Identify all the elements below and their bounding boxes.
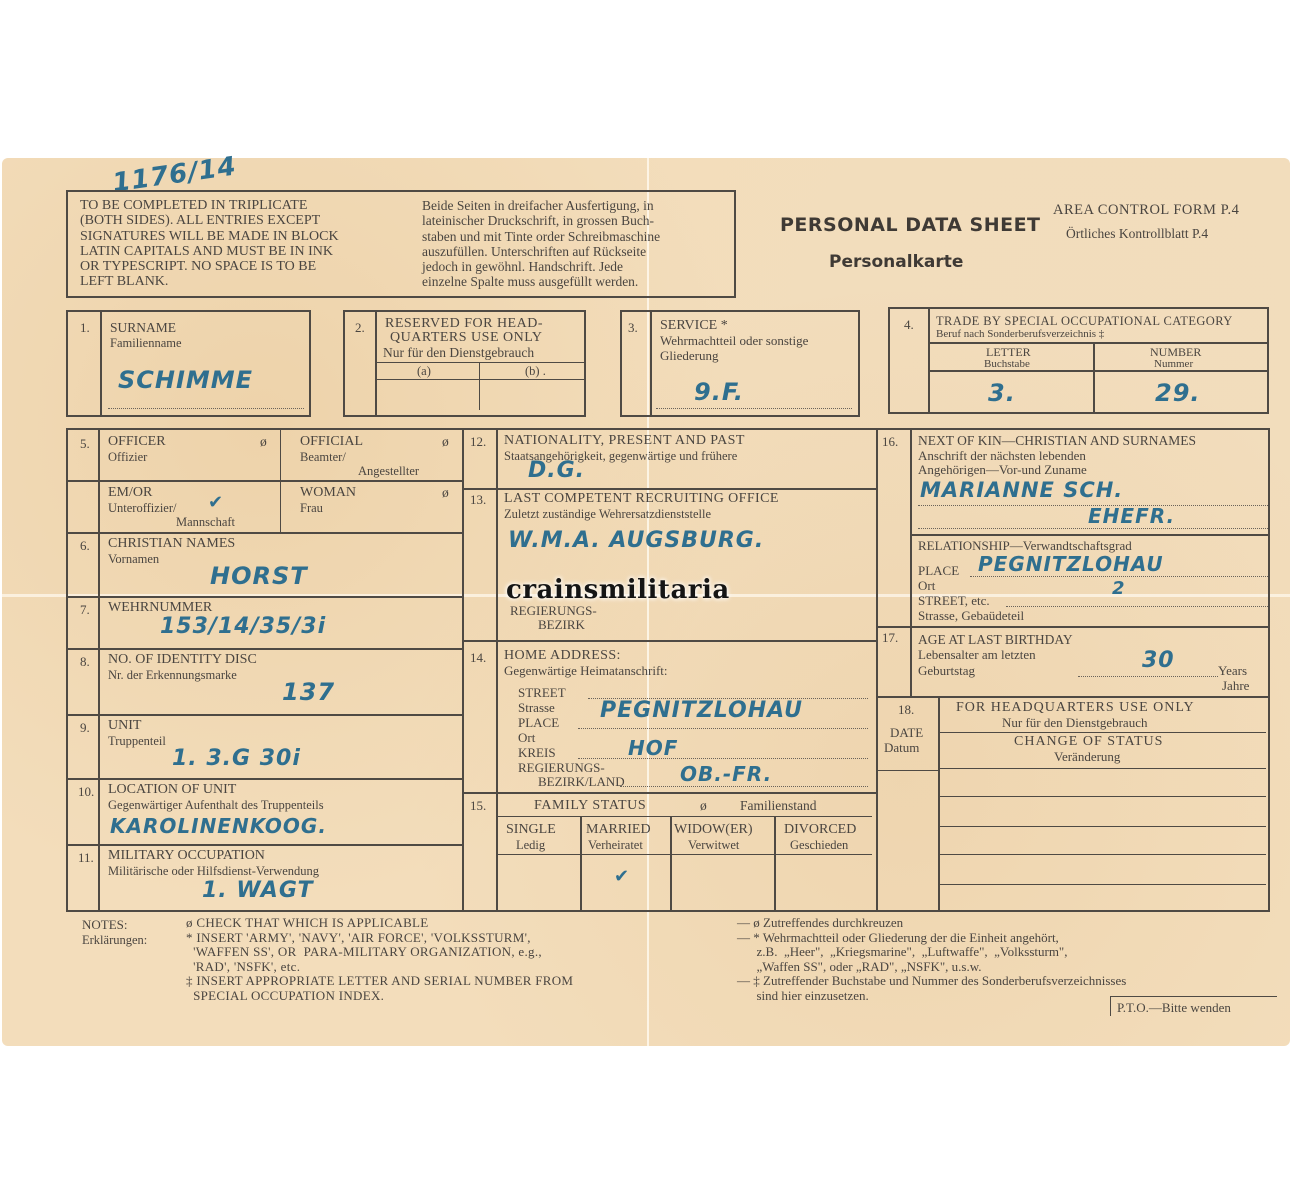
instructions-german: Beide Seiten in dreifacher Ausfertigung,… bbox=[422, 198, 660, 290]
christian-names-value: HORST bbox=[210, 562, 308, 590]
page-subtitle: Personalkarte bbox=[829, 252, 963, 272]
next-of-kin-street-value: 2 bbox=[1112, 578, 1126, 599]
field-4-trade-category: 4. TRADE BY SPECIAL OCCUPATIONAL CATEGOR… bbox=[888, 307, 1269, 414]
field-1-surname: 1. SURNAME Familienname SCHIMME bbox=[66, 310, 311, 417]
unit-location-value: KAROLINENKOOG. bbox=[110, 814, 327, 838]
service-value: 9.F. bbox=[694, 378, 744, 406]
instructions-english: TO BE COMPLETED IN TRIPLICATE (BOTH SIDE… bbox=[80, 198, 339, 290]
number-value: 29. bbox=[1155, 379, 1201, 407]
form-id: AREA CONTROL FORM P.4 bbox=[1053, 202, 1239, 219]
form-id-german: Örtliches Kontrollblatt P.4 bbox=[1066, 226, 1208, 242]
letter-value: 3. bbox=[988, 379, 1016, 407]
watermark: crainsmilitaria bbox=[506, 575, 730, 605]
instructions-box: TO BE COMPLETED IN TRIPLICATE (BOTH SIDE… bbox=[66, 190, 736, 298]
identity-disc-value: 137 bbox=[282, 678, 335, 706]
next-of-kin-place-value: PEGNITZLOHAU bbox=[978, 552, 1164, 576]
main-grid: 5. OFFICER Offizier ø OFFICIAL Beamter/ … bbox=[66, 428, 1270, 912]
pto-label: P.T.O.—Bitte wenden bbox=[1110, 996, 1277, 1016]
unit-value: 1. 3.G 30i bbox=[172, 746, 301, 771]
home-kreis-value: HOF bbox=[628, 736, 678, 760]
field-2-reserved-hq: 2. RESERVED FOR HEAD- QUARTERS USE ONLY … bbox=[343, 310, 586, 417]
home-place-value: PEGNITZLOHAU bbox=[600, 698, 803, 723]
field-3-service: 3. SERVICE * Wehrmachtteil oder sonstige… bbox=[620, 310, 860, 417]
page-title: PERSONAL DATA SHEET bbox=[780, 214, 1041, 236]
emor-checkmark: ✔ bbox=[208, 492, 224, 513]
recruiting-office-value: W.M.A. AUGSBURG. bbox=[508, 528, 764, 553]
notes-german: — ø Zutreffendes durchkreuzen — * Wehrma… bbox=[737, 916, 1126, 1003]
next-of-kin-name-value: MARIANNE SCH. bbox=[920, 478, 1123, 502]
age-value: 30 bbox=[1142, 648, 1175, 673]
military-occupation-value: 1. WAGT bbox=[202, 878, 314, 903]
nationality-value: D.G. bbox=[528, 458, 585, 483]
next-of-kin-extra-value: EHEFR. bbox=[1088, 504, 1175, 528]
home-regierungsbezirk-value: OB.-FR. bbox=[680, 762, 772, 786]
surname-value: SCHIMME bbox=[118, 366, 253, 394]
notes-english: ø CHECK THAT WHICH IS APPLICABLE * INSER… bbox=[186, 916, 573, 1003]
married-checkmark: ✔ bbox=[614, 866, 630, 887]
wehrnummer-value: 153/14/35/3i bbox=[160, 614, 326, 639]
